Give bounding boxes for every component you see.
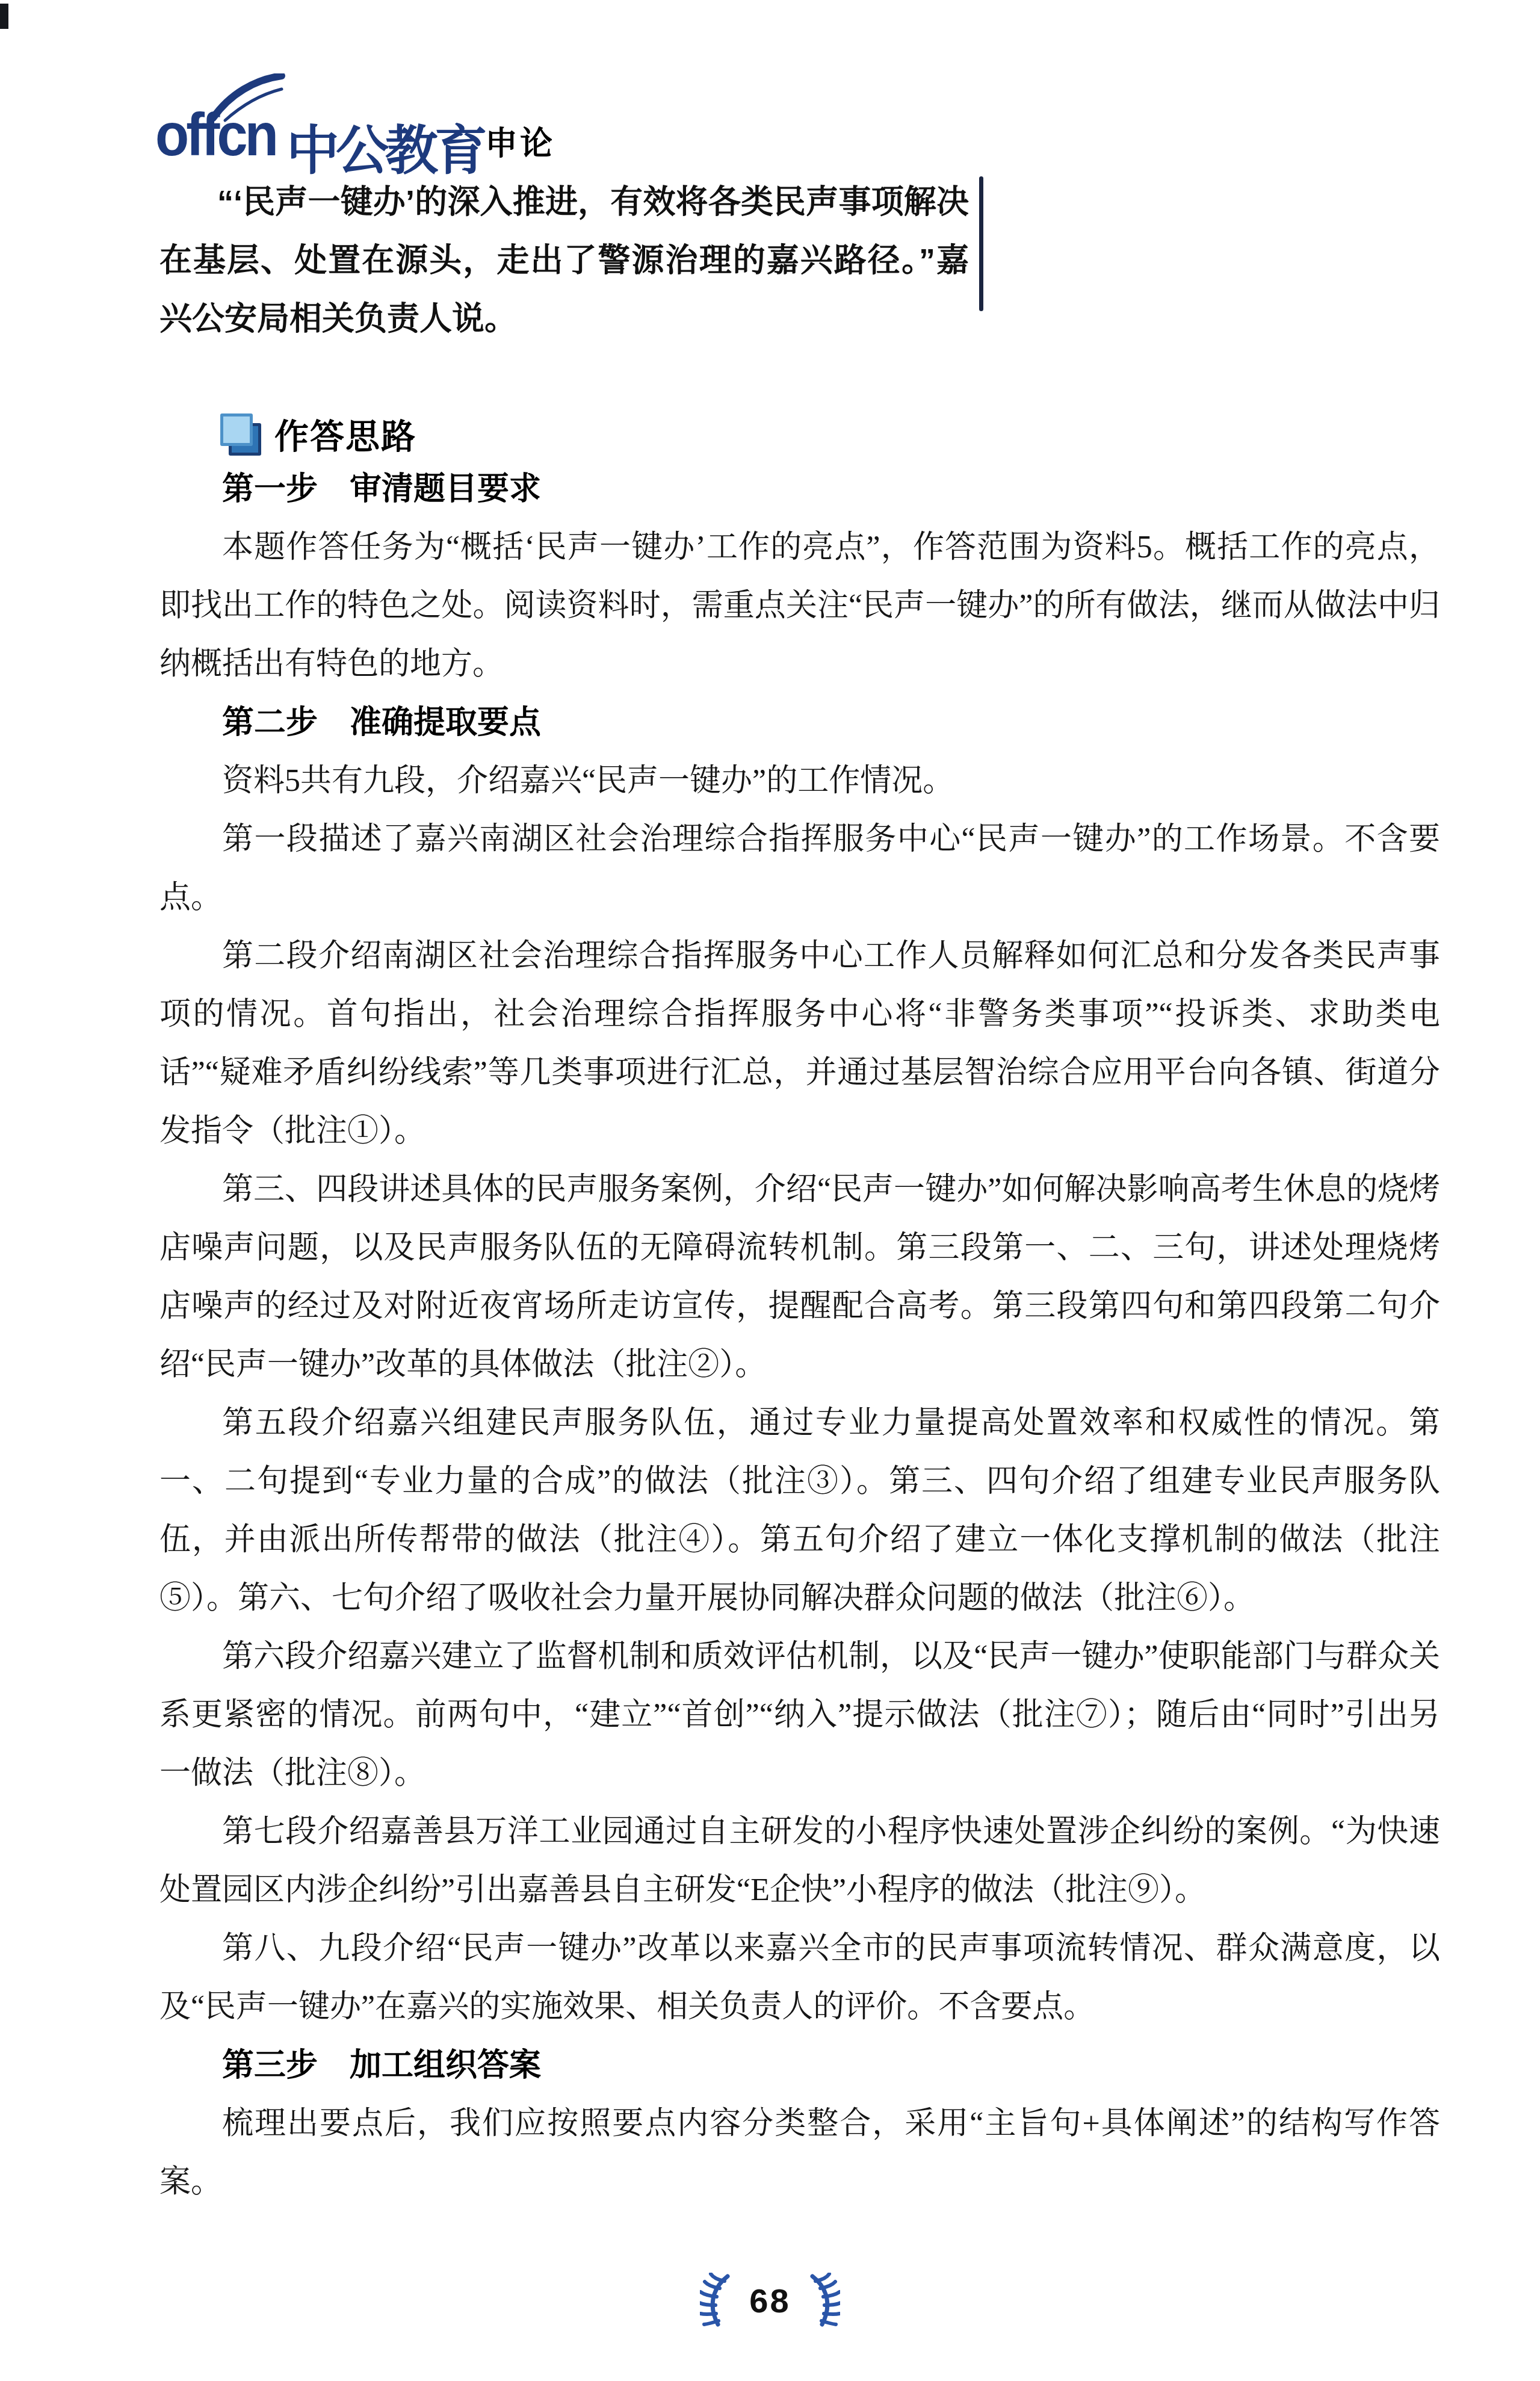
overlapping-pages-icon [220,413,262,454]
quote-block: “‘民声一键办’的深入推进，有效将各类民声事项解决在基层、处置在源头，走出了警源… [159,173,969,348]
answer-guide-body: 第一步 审清题目要求 本题作答任务为“概括‘民声一键办’工作的亮点”，作答范围为… [159,460,1440,2211]
section-header: 作答思路 [220,409,416,459]
logo-swoosh-icon [209,73,286,124]
step-2-paragraph-2: 第一段描述了嘉兴南湖区社会治理综合指挥服务中心“民声一键办”的工作场景。不含要点… [159,810,1440,927]
step-2-paragraph-7: 第七段介绍嘉善县万洋工业园通过自主研发的小程序快速处置涉企纠纷的案例。“为快速处… [159,1803,1440,1919]
step-2-paragraph-6: 第六段介绍嘉兴建立了监督机制和质效评估机制，以及“民声一键办”使职能部门与群众关… [159,1627,1440,1803]
laurel-right-icon [806,2273,840,2328]
step-3-heading: 第三步 加工组织答案 [159,2036,1440,2095]
quote-side-rule [979,176,983,311]
laurel-left-icon [700,2273,734,2328]
step-2-heading: 第二步 准确提取要点 [159,693,1440,752]
page-number: 68 [749,2281,790,2320]
step-3-paragraph: 梳理出要点后，我们应按照要点内容分类整合，采用“主旨句+具体阐述”的结构写作答案… [159,2095,1440,2211]
step-2-paragraph-5: 第五段介绍嘉兴组建民声服务队伍，通过专业力量提高处置效率和权威性的情况。第一、二… [159,1394,1440,1627]
page-footer: 68 [0,2273,1540,2328]
step-2-paragraph-1: 资料5共有九段，介绍嘉兴“民声一键办”的工作情况。 [159,752,1440,810]
step-1-heading: 第一步 审清题目要求 [159,460,1440,518]
section-title: 作答思路 [274,409,416,459]
step-1-paragraph: 本题作答任务为“概括‘民声一键办’工作的亮点”，作答范围为资料5。概括工作的亮点… [159,518,1440,693]
step-2-paragraph-8: 第八、九段介绍“民声一键办”改革以来嘉兴全市的民声事项流转情况、群众满意度，以及… [159,1919,1440,2036]
page-front-shape [220,413,253,446]
subject-label: 申论 [485,118,555,164]
scan-artifact [0,4,8,29]
step-2-paragraph-4: 第三、四段讲述具体的民声服务案例，介绍“民声一键办”如何解决影响高考生休息的烧烤… [159,1160,1440,1394]
step-2-paragraph-3: 第二段介绍南湖区社会治理综合指挥服务中心工作人员解释如何汇总和分发各类民声事项的… [159,927,1440,1160]
textbook-page: offcn 中公教育 申论 “‘民声一键办’的深入推进，有效将各类民声事项解决在… [0,0,1540,2381]
